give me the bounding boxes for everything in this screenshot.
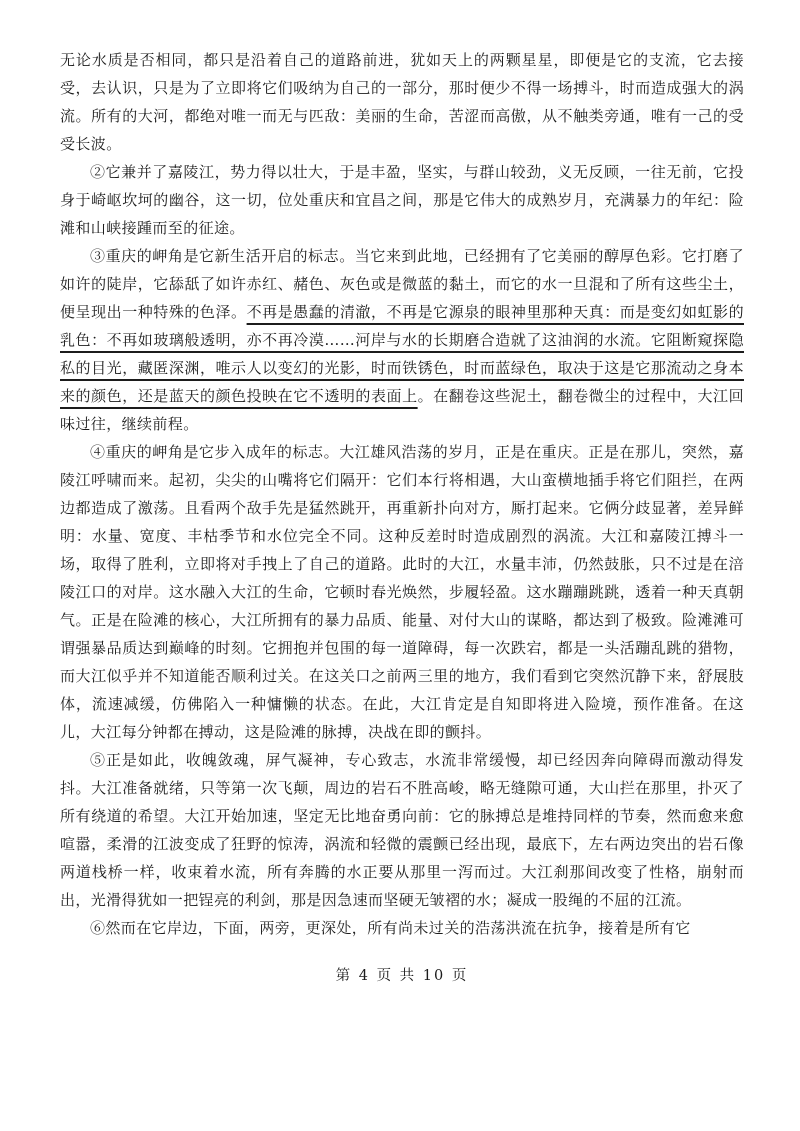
page-number-text: 第 4 页 共 10 页 <box>336 968 469 984</box>
paragraph-1: 无论水质是否相同，都只是沿着自己的道路前进，犹如天上的两颗星星，即便是它的支流，… <box>60 46 744 158</box>
paragraph-1-text: 无论水质是否相同，都只是沿着自己的道路前进，犹如天上的两颗星星，即便是它的支流，… <box>60 51 744 153</box>
paragraph-2-text: ②它兼并了嘉陵江，势力得以壮大，于是丰盈，坚实，与群山较劲，义无反顾，一往无前，… <box>60 163 744 237</box>
page-footer: 第 4 页 共 10 页 <box>60 964 744 985</box>
paragraph-6: ⑥然而在它岸边，下面，两旁，更深处，所有尚未过关的浩荡洪流在抗争，接着是所有它 <box>60 914 744 942</box>
paragraph-2: ②它兼并了嘉陵江，势力得以壮大，于是丰盈，坚实，与群山较劲，义无反顾，一往无前，… <box>60 158 744 242</box>
paragraph-5: ⑤正是如此，收魄敛魂，屏气凝神，专心致志，水流非常缓慢，却已经因奔向障碍而激动得… <box>60 746 744 914</box>
document-page: 无论水质是否相同，都只是沿着自己的道路前进，犹如天上的两颗星星，即便是它的支流，… <box>0 0 800 1131</box>
paragraph-5-text: ⑤正是如此，收魄敛魂，屏气凝神，专心致志，水流非常缓慢，却已经因奔向障碍而激动得… <box>60 751 744 909</box>
paragraph-6-text: ⑥然而在它岸边，下面，两旁，更深处，所有尚未过关的浩荡洪流在抗争，接着是所有它 <box>90 919 691 937</box>
paragraph-4: ④重庆的岬角是它步入成年的标志。大江雄风浩荡的岁月，正是在重庆。正是在那儿，突然… <box>60 438 744 746</box>
paragraph-4-text: ④重庆的岬角是它步入成年的标志。大江雄风浩荡的岁月，正是在重庆。正是在那儿，突然… <box>60 443 744 741</box>
paragraph-3: ③重庆的岬角是它新生活开启的标志。当它来到此地，已经拥有了它美丽的醇厚色彩。它打… <box>60 242 744 438</box>
